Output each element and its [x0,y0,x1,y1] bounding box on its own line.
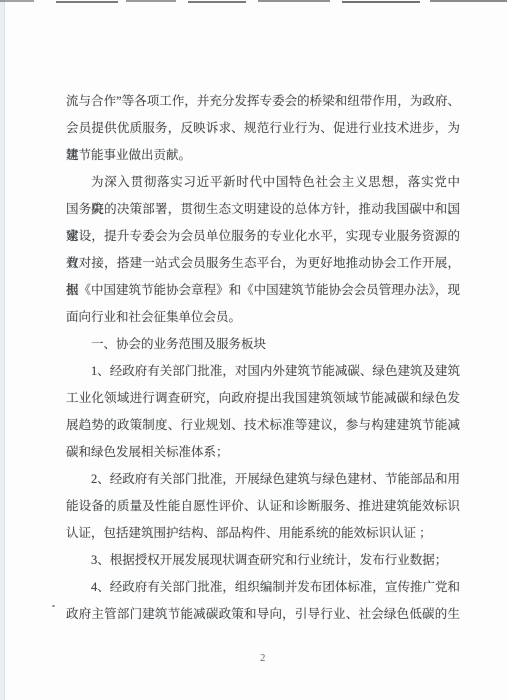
text-line: 碳和绿色发展相关标准体系； [66,439,460,466]
scanned-document-page: 流与合作”等各项工作，并充分发挥专委会的桥梁和纽带作用，为政府、 会员提供优质服… [0,0,507,700]
text-line: 3、根据授权开展发展现状调查研究和行业统计，发布行业数据； [66,547,460,574]
text-line: 2、经政府有关部门批准，开展绿色建筑与绿色建材、节能部品和用 [66,466,460,493]
section-heading: 一、协会的业务范围及服务板块 [66,331,460,358]
text-line: 据《中国建筑节能协会章程》和《中国建筑节能协会会员管理办法》，现 [66,277,460,304]
text-line: 政府主管部门建筑节能减碳政策和导向，引导行业、社会绿色低碳的生 [66,601,460,628]
text-line: 筑节能事业做出贡献。 [66,142,460,169]
text-line: 会员提供优质服务，反映诉求、规范行业行为、促进行业技术进步，为建 [66,115,460,142]
page-number: 2 [66,653,460,664]
text-line: 效对接，搭建一站式会员服务生态平台，为更好地推动协会工作开展，根 [66,250,460,277]
scan-speck [52,605,55,607]
text-line: 面向行业和社会征集单位会员。 [66,304,460,331]
text-line: 展趋势的政策制度、行业规划、技术标准等建议，参与构建建筑节能减 [66,412,460,439]
text-line: 国务院的决策部署，贯彻生态文明建设的总体方针，推动我国碳中和国家 [66,196,460,223]
document-body: 流与合作”等各项工作，并充分发挥专委会的桥梁和纽带作用，为政府、 会员提供优质服… [66,88,460,628]
text-line: 流与合作”等各项工作，并充分发挥专委会的桥梁和纽带作用，为政府、 [66,88,460,115]
text-line: 建设，提升专委会为会员单位服务的专业化水平，实现专业服务资源的有 [66,223,460,250]
text-line: 为深入贯彻落实习近平新时代中国特色社会主义思想，落实党中央、 [66,169,460,196]
text-line: 认证，包括建筑围护结构、部品构件、用能系统的能效标识认证 ； [66,520,460,547]
text-line: 4、经政府有关部门批准，组织编制并发布团体标准，宣传推广党和 [66,574,460,601]
scan-artifact-left-edge-line [4,0,5,700]
text-line: 能设备的质量及性能自愿性评价、认证和诊断服务、推进建筑能效标识 [66,493,460,520]
scan-speck [155,614,157,616]
text-line: 工业化领域进行调查研究，向政府提出我国建筑领域节能减碳和绿色发 [66,385,460,412]
text-line: 1、经政府有关部门批准，对国内外建筑节能减碳、绿色建筑及建筑 [66,358,460,385]
